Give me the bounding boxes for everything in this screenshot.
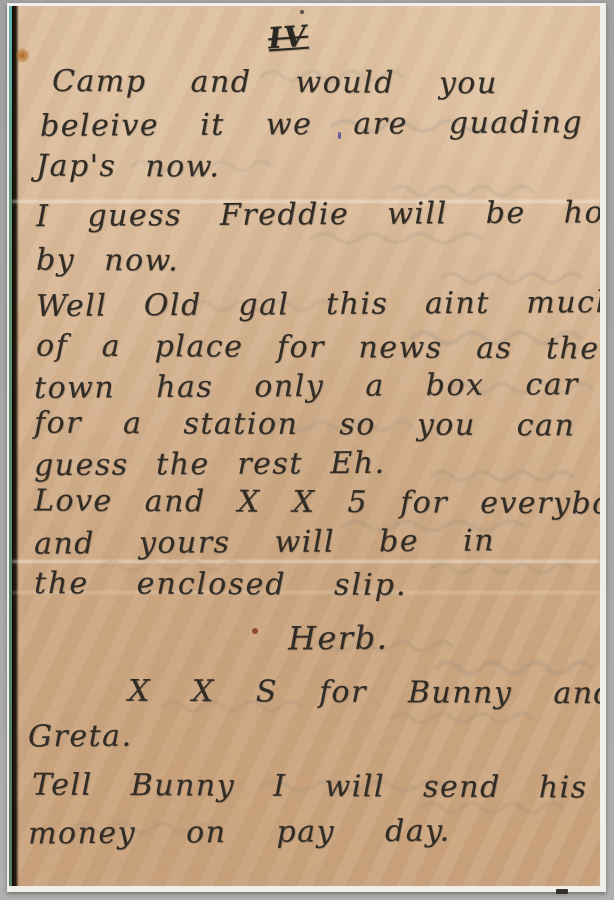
handwritten-line: Tell Bunny I will send his xyxy=(32,771,588,804)
page-number: IV xyxy=(267,19,309,56)
handwritten-line: by now. xyxy=(36,246,179,277)
handwritten-line: Well Old gal this aint much xyxy=(36,288,600,322)
handwritten-line: town has only a box car xyxy=(34,370,579,404)
handwritten-line: I guess Freddie will be home xyxy=(36,198,600,232)
ink-fleck xyxy=(300,10,304,14)
handwritten-line: Love and X X 5 for everybody xyxy=(34,486,600,519)
scanned-letter-page: IV Camp and would you beleive it we are … xyxy=(0,0,614,900)
handwritten-line: Greta. xyxy=(28,722,133,753)
handwritten-line: Camp and would you xyxy=(52,67,498,99)
letter-paper: IV Camp and would you beleive it we are … xyxy=(12,6,600,886)
handwritten-line: X X S for Bunny and xyxy=(128,677,600,710)
paper-stain xyxy=(252,628,258,634)
handwritten-line: guess the rest Eh. xyxy=(34,449,386,481)
handwritten-line: of a place for news as the xyxy=(36,332,600,365)
paper-left-edge-shadow xyxy=(12,6,19,886)
signature: Herb. xyxy=(288,622,389,655)
handwritten-line: money on pay day. xyxy=(28,817,451,850)
scan-edge-mark xyxy=(556,889,568,894)
handwritten-line: the enclosed slip. xyxy=(34,569,408,601)
handwritten-line: and yours will be in xyxy=(34,526,495,559)
handwritten-line: beleive it we are guading xyxy=(40,108,583,142)
handwritten-line: Jap's now. xyxy=(36,152,220,183)
paper-stain xyxy=(16,48,29,63)
handwritten-line: for a station so you can xyxy=(34,409,575,442)
